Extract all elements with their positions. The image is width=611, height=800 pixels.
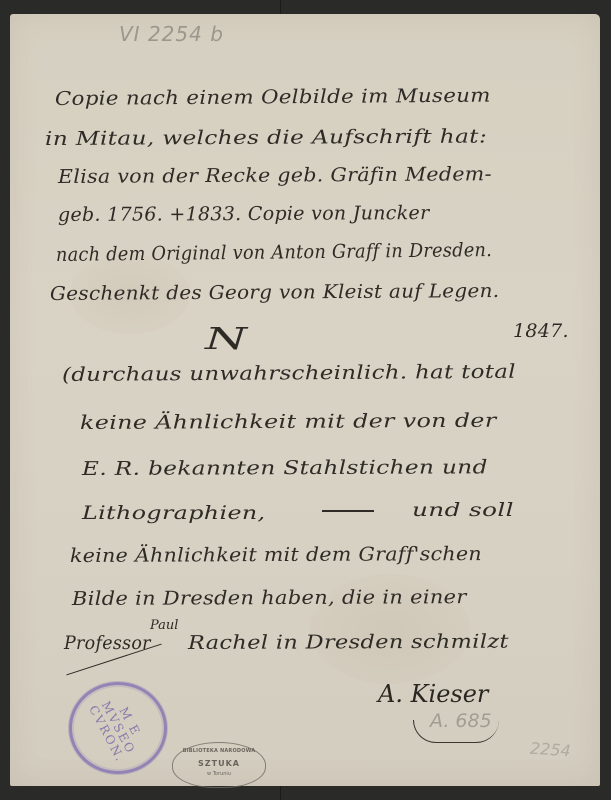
separator-mark: N bbox=[205, 322, 247, 357]
note-line-1: (durchaus unwahrscheinlich. hat total bbox=[62, 361, 516, 386]
interlinear-insert: Paul bbox=[150, 618, 178, 633]
museum-stamp-text: M E MVSEO CVRON. bbox=[86, 691, 150, 764]
catalog-number-top: VI 2254 b bbox=[119, 22, 224, 46]
library-stamp-bottom: w Toruniu bbox=[173, 771, 265, 777]
note-line-2: keine Ähnlichkeit mit der von der bbox=[80, 410, 497, 434]
body-line-4: geb. 1756. +1833. Copie von Juncker bbox=[58, 202, 430, 226]
scan-divider-top bbox=[280, 0, 281, 14]
scan-divider-bottom bbox=[280, 786, 281, 800]
pencil-number-corner: 2254 bbox=[529, 739, 571, 761]
library-stamp: BIBLIOTEKA NARODOWA SZTUKA w Toruniu bbox=[172, 742, 266, 788]
note-line-7: Rachel in Dresden schmilzt bbox=[188, 631, 509, 654]
library-stamp-middle: SZTUKA bbox=[173, 759, 265, 768]
line-dash bbox=[322, 510, 374, 512]
note-line-5: keine Ähnlichkeit mit dem Graff'schen bbox=[70, 543, 482, 567]
museum-stamp: M E MVSEO CVRON. bbox=[69, 682, 167, 774]
body-line-1: Copie nach einem Oelbilde im Museum bbox=[55, 85, 491, 110]
signature: A. Kieser bbox=[378, 680, 488, 708]
body-line-2: in Mitau, welches die Aufschrift hat: bbox=[45, 125, 487, 150]
scan-frame: VI 2254 b Copie nach einem Oelbilde im M… bbox=[0, 0, 611, 800]
note-line-4b: und soll bbox=[412, 499, 514, 521]
note-line-6: Bilde in Dresden haben, die in einer bbox=[72, 586, 467, 610]
body-line-6: Geschenkt des Georg von Kleist auf Legen… bbox=[50, 280, 500, 305]
body-line-date: 1847. bbox=[513, 320, 569, 342]
pencil-number-lower: A. 685 bbox=[430, 710, 492, 732]
body-line-3: Elisa von der Recke geb. Gräfin Medem- bbox=[58, 163, 492, 188]
library-stamp-top: BIBLIOTEKA NARODOWA bbox=[181, 748, 257, 754]
note-line-3: E. R. bekannten Stahlstichen und bbox=[82, 456, 488, 480]
note-line-4a: Lithographien, bbox=[82, 502, 265, 524]
